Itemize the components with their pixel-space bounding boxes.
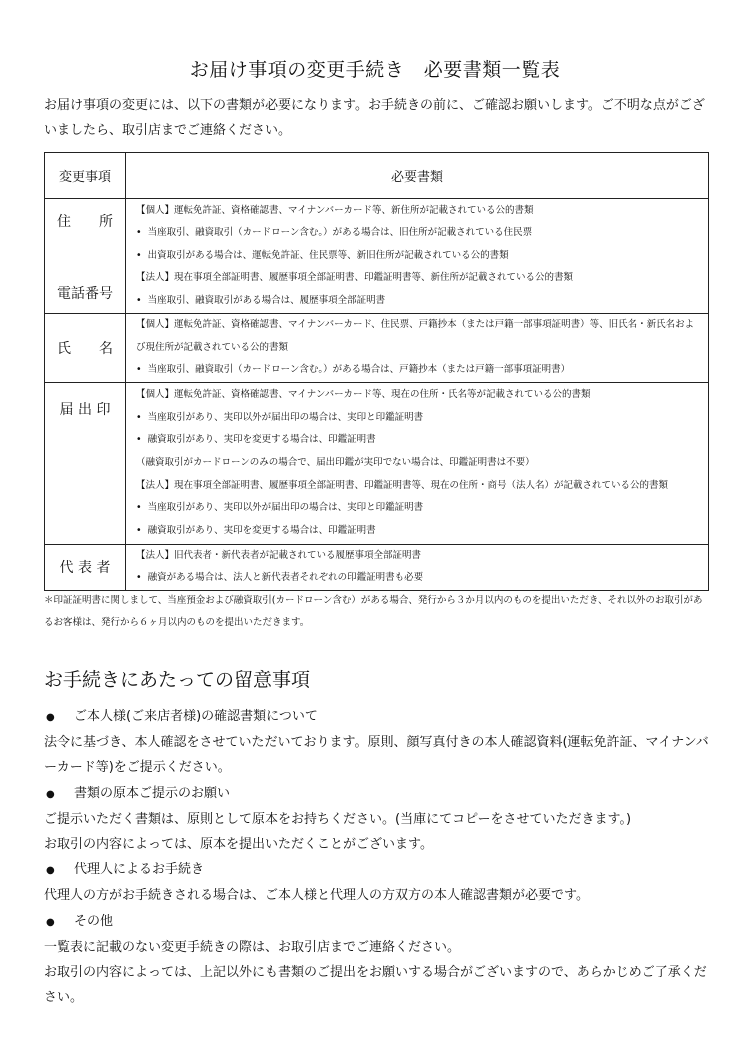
note-body: お取引の内容によっては、上記以外にも書類のご提出をお願いする場合がございますので… [44,960,710,1010]
intro-text: お届け事項の変更には、以下の書類が必要になります。お手続きの前に、ご確認お願いし… [44,93,710,143]
doc-line: 当座取引、融資取引（カードローン含む。）がある場合は、旧住所が記載されている住民… [126,222,708,245]
notes-list: ご本人様(ご来店者様)の確認書類について 法令に基づき、本人確認をさせていただい… [44,704,710,1010]
doc-line: 融資取引があり、実印を変更する場合は、印鑑証明書 [126,520,708,543]
doc-line: （融資取引がカードローンのみの場合で、届出印鑑が実印でない場合は、印鑑証明書は不… [126,452,708,475]
doc-line: 当座取引があり、実印以外が届出印の場合は、実印と印鑑証明書 [126,497,708,520]
row-label-cell: 住 所 電話番号 [45,199,126,314]
doc-line: 【法人】旧代表者・新代表者が記載されている履歴事項全部証明書 [126,545,708,568]
table-header-row: 変更事項 必要書類 [45,153,709,199]
doc-line: 融資取引があり、実印を変更する場合は、印鑑証明書 [126,429,708,452]
row-docs-cell: 【個人】運転免許証、資格確認書、マイナンバーカード、住民票、戸籍抄本（または戸籍… [126,314,709,383]
note-heading-identity: ご本人様(ご来店者様)の確認書類について [44,704,710,730]
doc-line: 当座取引があり、実印以外が届出印の場合は、実印と印鑑証明書 [126,407,708,430]
note-body: 代理人の方がお手続きされる場合は、ご本人様と代理人の方双方の本人確認書類が必要で… [44,883,710,908]
doc-line: 【個人】運転免許証、資格確認書、マイナンバーカード、住民票、戸籍抄本（または戸籍… [126,314,708,359]
table-row-seal: 届 出 印 【個人】運転免許証、資格確認書、マイナンバーカード等、現在の住所・氏… [45,382,709,544]
note-heading-other: その他 [44,909,710,935]
doc-line: 【法人】現在事項全部証明書、履歴事項全部証明書、印鑑証明書等、現在の住所・商号（… [126,475,708,498]
row-label-seal: 届 出 印 [45,382,126,544]
note-body: ご提示いただく書類は、原則として原本をお持ちください。(当庫にてコピーをさせてい… [44,807,710,832]
footnote: ＊印証証明書に関しまして、当座預金および融資取引(カードローン含む）がある場合、… [44,590,710,634]
page-title: お届け事項の変更手続き 必要書類一覧表 [0,55,750,82]
header-required-docs: 必要書類 [126,153,709,199]
note-body: 法令に基づき、本人確認をさせていただいております。原則、顔写真付きの本人確認資料… [44,730,710,780]
row-docs-cell: 【法人】旧代表者・新代表者が記載されている履歴事項全部証明書 融資がある場合は、… [126,544,709,590]
table-row-name: 氏 名 【個人】運転免許証、資格確認書、マイナンバーカード、住民票、戸籍抄本（ま… [45,314,709,383]
required-documents-table: 変更事項 必要書類 住 所 電話番号 【個人】運転免許証、資格確認書、マイナンバ… [44,152,709,591]
doc-line: 融資がある場合は、法人と新代表者それぞれの印鑑証明書も必要 [126,567,708,590]
note-heading-agent: 代理人によるお手続き [44,857,710,883]
row-label-address: 住 所 [45,211,125,231]
note-body: お取引の内容によっては、原本を提出いただくことがございます。 [44,832,710,857]
doc-line: 当座取引、融資取引がある場合は、履歴事項全部証明書 [126,290,708,313]
row-docs-cell: 【個人】運転免許証、資格確認書、マイナンバーカード等、新住所が記載されている公的… [126,199,709,314]
doc-line: 当座取引、融資取引（カードローン含む。）がある場合は、戸籍抄本（または戸籍一部事… [126,359,708,382]
table-row-address: 住 所 電話番号 【個人】運転免許証、資格確認書、マイナンバーカード等、新住所が… [45,199,709,314]
row-label-name: 氏 名 [45,314,126,383]
doc-line: 出資取引がある場合は、運転免許証、住民票等、新旧住所が記載されている公的書類 [126,245,708,268]
row-docs-cell: 【個人】運転免許証、資格確認書、マイナンバーカード等、現在の住所・氏名等が記載さ… [126,382,709,544]
row-label-representative: 代 表 者 [45,544,126,590]
header-change-item: 変更事項 [45,153,126,199]
notes-section-title: お手続きにあたっての留意事項 [44,665,310,692]
doc-line: 【個人】運転免許証、資格確認書、マイナンバーカード等、現在の住所・氏名等が記載さ… [126,384,708,407]
row-label-phone: 電話番号 [45,283,125,303]
doc-line: 【個人】運転免許証、資格確認書、マイナンバーカード等、新住所が記載されている公的… [126,200,708,223]
note-heading-originals: 書類の原本ご提示のお願い [44,781,710,807]
table-row-representative: 代 表 者 【法人】旧代表者・新代表者が記載されている履歴事項全部証明書 融資が… [45,544,709,590]
note-body: 一覧表に記載のない変更手続きの際は、お取引店までご連絡ください。 [44,935,710,960]
doc-line: 【法人】現在事項全部証明書、履歴事項全部証明書、印鑑証明書等、新住所が記載されて… [126,267,708,290]
